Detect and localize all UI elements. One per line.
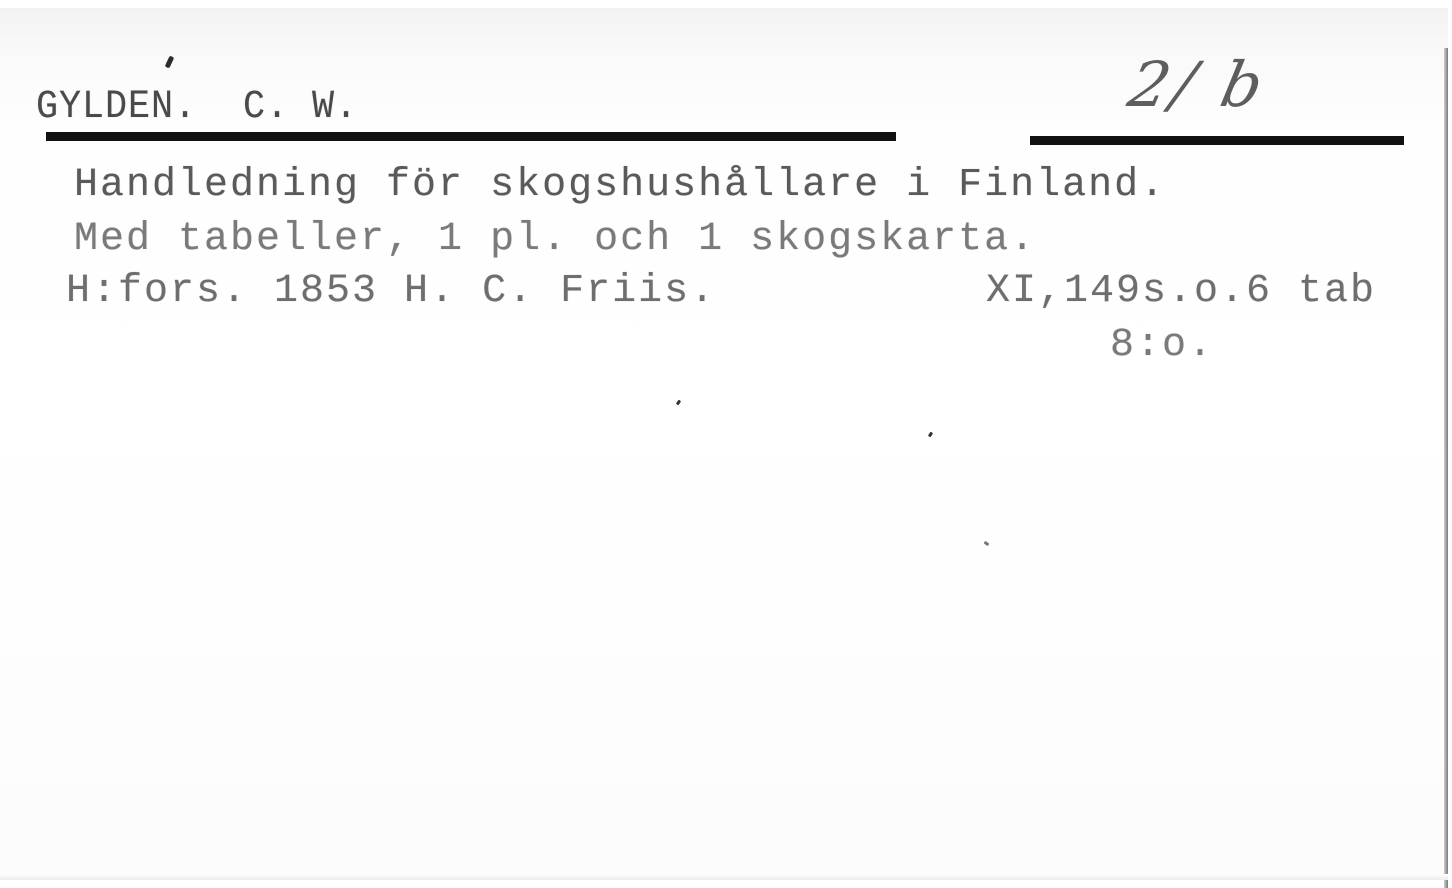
subtitle-line: Med tabeller, 1 pl. och 1 skogskarta. <box>74 220 1036 260</box>
author-heading: GYLDEN. C. W. <box>36 88 358 128</box>
collation: XI,149s.o.6 tab <box>986 272 1376 312</box>
call-number-underline <box>1030 136 1404 145</box>
format: 8:o. <box>1110 326 1214 366</box>
imprint-line: H:fors. 1853 H. C. Friis. <box>66 272 716 312</box>
card-edge-bottom <box>0 874 1448 880</box>
call-number: 2/ b <box>1123 54 1272 116</box>
card-edge-right <box>1444 48 1448 888</box>
title-line: Handledning för skogshushållare i Finlan… <box>74 166 1166 206</box>
heading-underline <box>46 132 896 141</box>
